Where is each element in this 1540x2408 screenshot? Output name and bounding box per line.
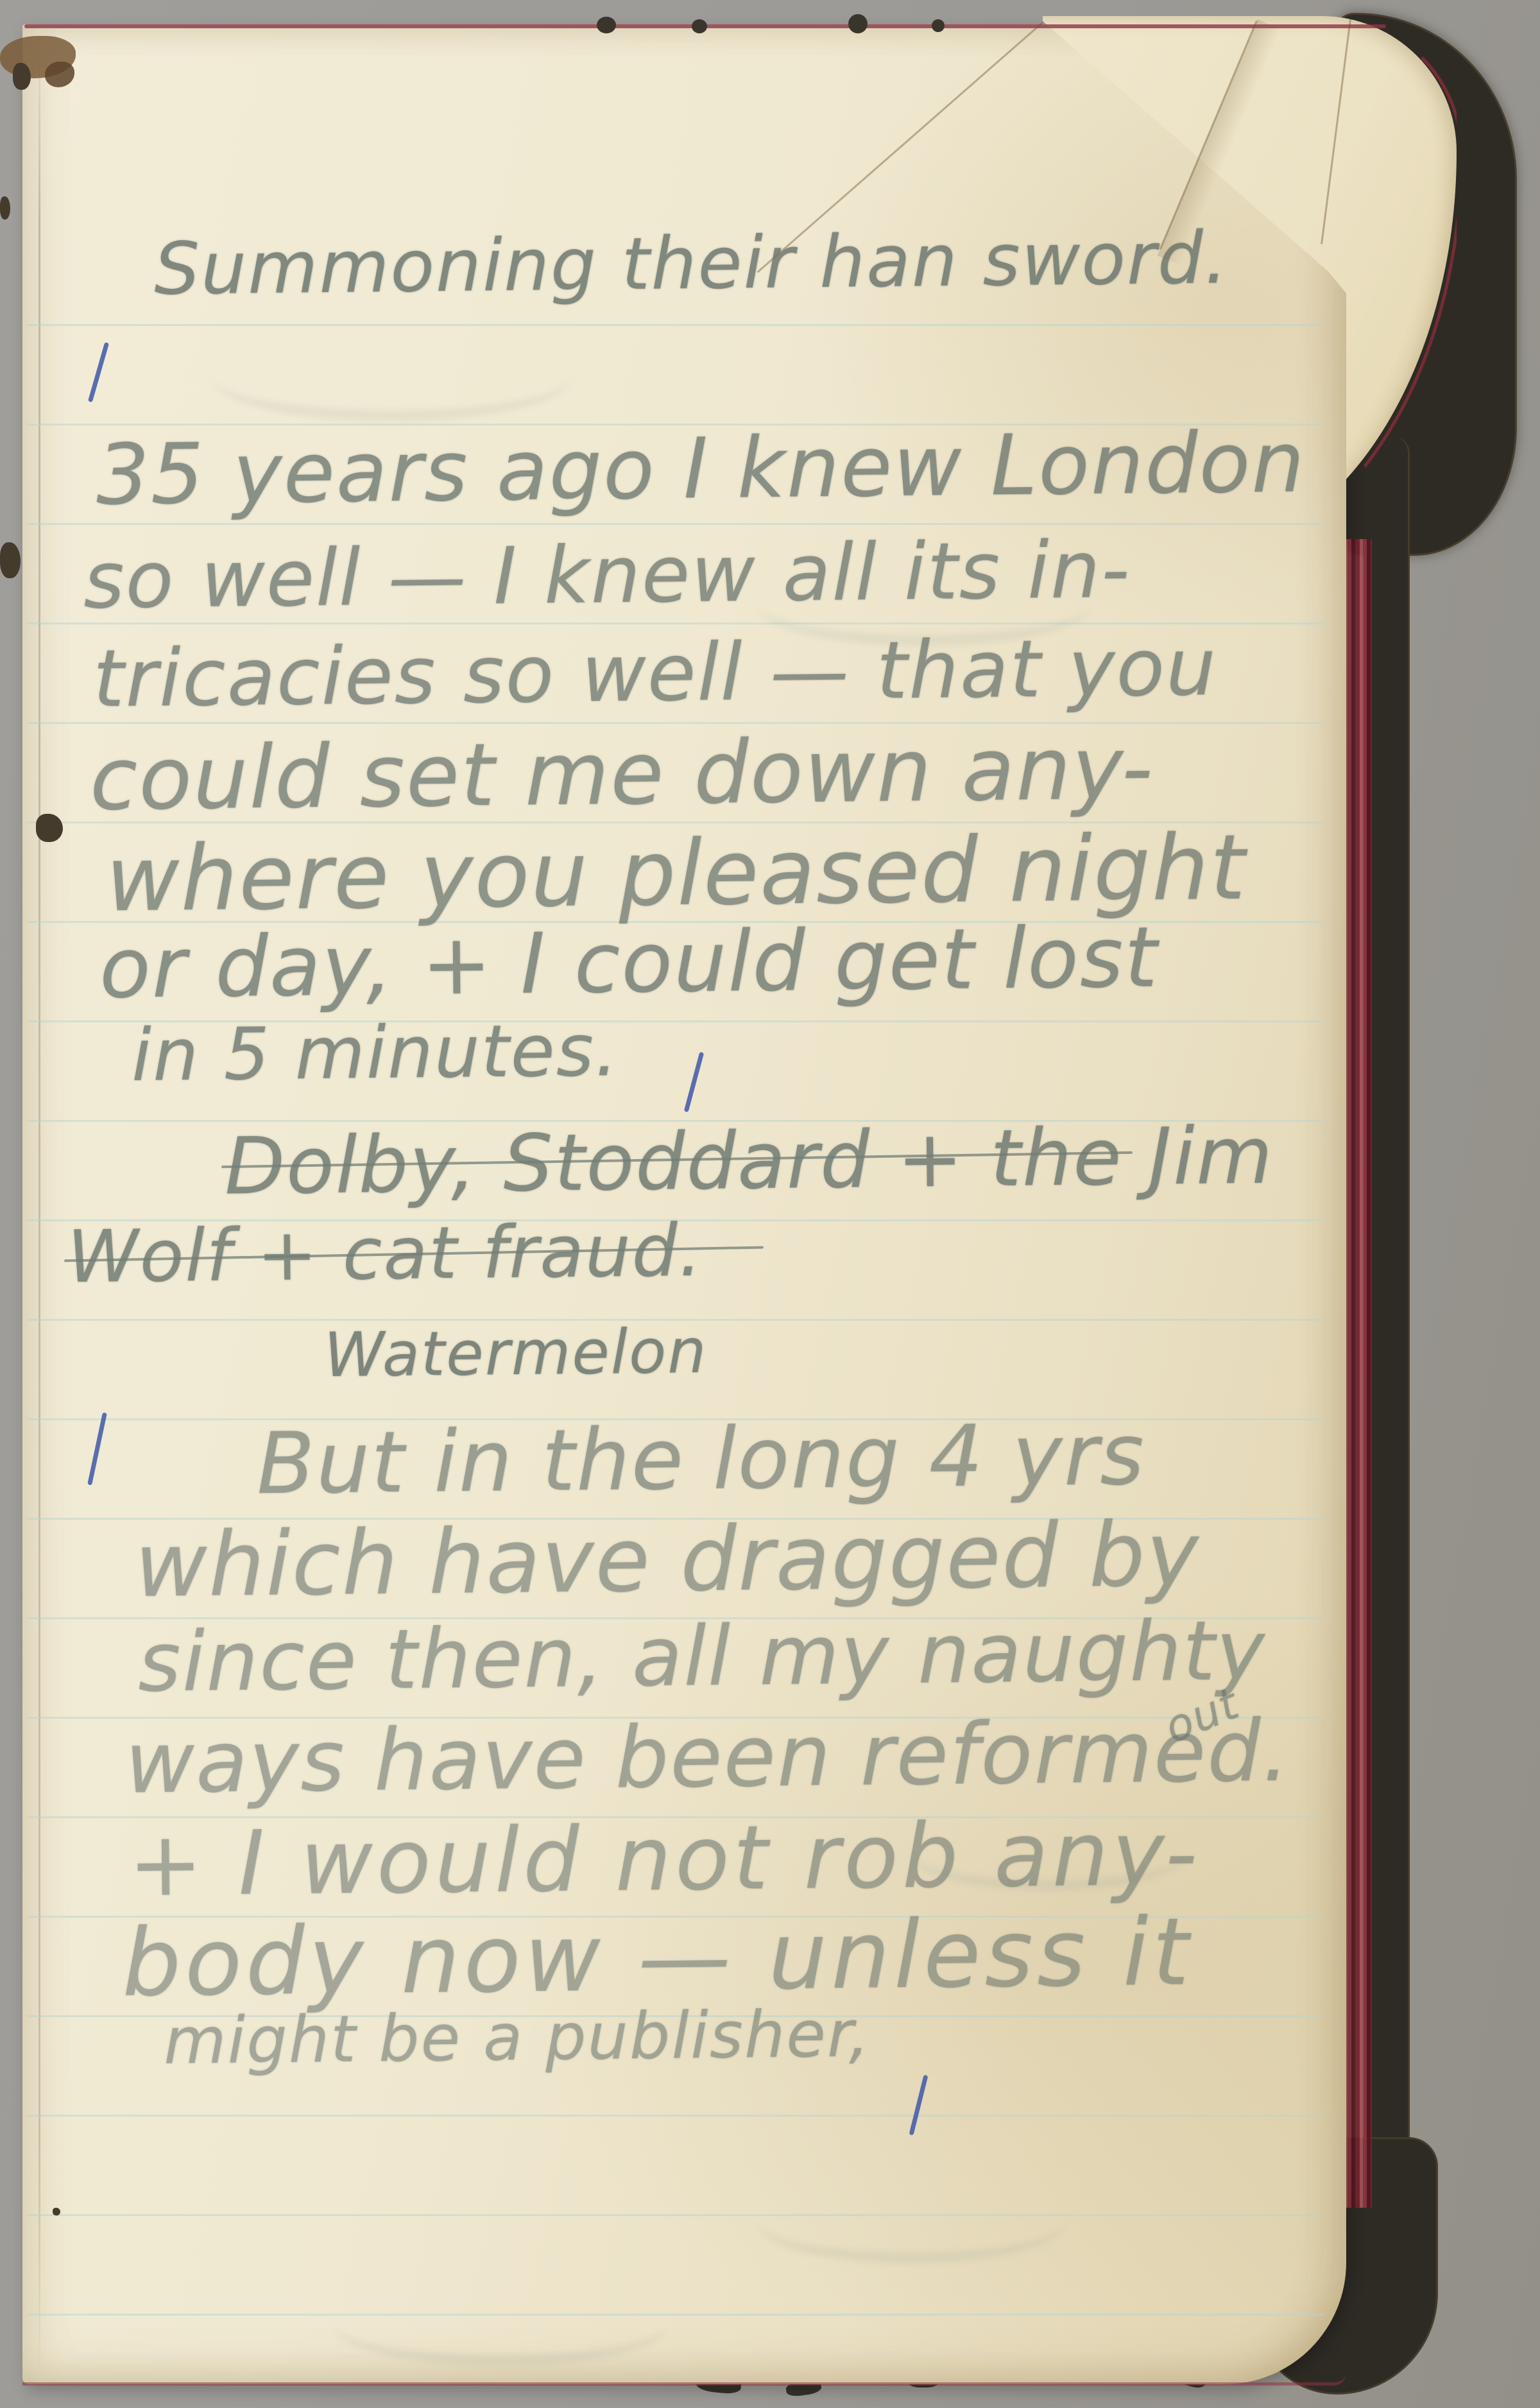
stitching-hole <box>0 196 10 219</box>
handwritten-line: Dolby, Stoddard + the Jim <box>224 1116 1274 1205</box>
stitching-hole <box>53 2208 60 2215</box>
ruled-line <box>27 2214 1323 2216</box>
handwritten-line: since then, all my naughty <box>137 1610 1266 1704</box>
debris-speck <box>692 19 707 33</box>
stitching-hole <box>36 814 63 842</box>
show-through-ghost <box>757 2182 1065 2263</box>
handwritten-line: ways have been reformed. <box>124 1708 1290 1805</box>
stitching-hole <box>0 542 21 578</box>
handwritten-line: could set me down any- <box>89 725 1154 822</box>
show-through-ghost <box>212 334 571 421</box>
show-through-ghost <box>334 2285 667 2366</box>
debris-speck <box>932 19 945 32</box>
notebook-scan: Summoning their han sword. 35 years ago … <box>0 0 1540 2408</box>
handwritten-line: tricacies so well — that you <box>92 628 1217 719</box>
handwritten-line: which have dragged by <box>134 1510 1200 1610</box>
handwritten-line: Watermelon <box>324 1321 708 1386</box>
handwritten-line: in 5 minutes. <box>131 1015 619 1092</box>
handwritten-line: 35 years ago I knew London <box>96 420 1306 517</box>
ruled-line <box>27 2314 1323 2316</box>
handwritten-line: Summoning their han sword. <box>153 222 1229 305</box>
handwritten-line: so well — I knew all its in- <box>83 530 1131 619</box>
handwritten-line: or day, + I could get lost <box>99 915 1159 1010</box>
stitching-hole <box>13 63 31 90</box>
handwritten-line: might be a publisher, <box>164 2002 871 2074</box>
handwritten-line: body now — unless it <box>121 1905 1193 2009</box>
debris-speck <box>848 14 868 33</box>
ruled-line <box>27 324 1323 326</box>
debris-speck <box>597 17 616 33</box>
handwritten-line: But in the long 4 yrs <box>256 1413 1145 1506</box>
handwritten-line: + I would not rob any- <box>128 1809 1201 1909</box>
ruled-line <box>27 2115 1323 2117</box>
